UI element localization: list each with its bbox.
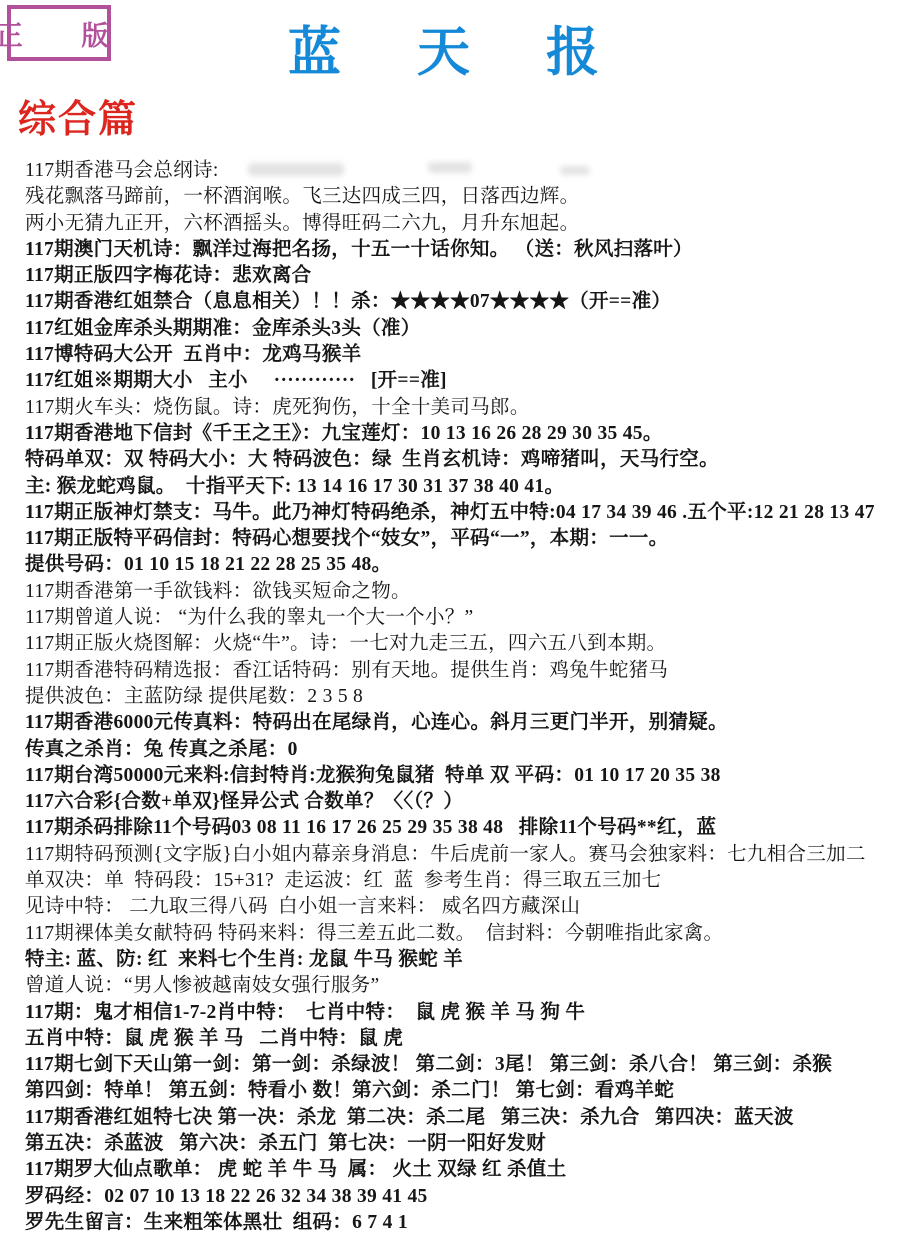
authentic-badge-label: 正 版 [0,14,134,53]
text-line: 117六合彩{合数+单双}怪异公式 合数单？〈〈（？） [25,789,900,815]
text-line: 117期香港马会总纲诗: [25,158,900,184]
text-line: 117期：鬼才相信1-7-2肖中特： 七肖中特： 鼠 虎 猴 羊 马 狗 牛 [25,1000,900,1026]
text-line: 117期正版特平码信封：特码心想要找个“妓女”，平码“一”，本期：一一。 [25,526,900,552]
page-title: 蓝天报 [288,10,675,86]
text-line: 特主: 蓝、防: 红 来料七个生肖: 龙鼠 牛马 猴蛇 羊 [25,947,900,973]
text-line: 117期澳门天机诗：飘洋过海把名扬，十五一十话你知。 （送：秋风扫落叶） [25,237,900,263]
text-line: 传真之杀肖：兔 传真之杀尾：0 [25,737,900,763]
text-line: 第五决：杀蓝波 第六决：杀五门 第七决：一阴一阳好发财 [25,1131,900,1157]
text-line: 两小无猜九正开，六杯酒摇头。博得旺码二六九，月升东旭起。 [25,211,900,237]
text-line: 117红姐金库杀头期期准：金库杀头3头（准） [25,316,900,342]
text-line: 117期香港红姐禁合（息息相关）！！杀：★★★★07★★★★（开==准） [25,289,900,315]
text-line: 提供号码：01 10 15 18 21 22 28 25 35 48。 [25,552,900,578]
text-line: 见诗中特： 二九取三得八码 白小姐一言来料： 威名四方藏深山 [25,894,900,920]
text-line: 主: 猴龙蛇鸡鼠。 十指平天下: 13 14 16 17 30 31 37 38… [25,474,900,500]
text-line: 第四剑：特单！ 第五剑：特看小 数！第六剑：杀二门！ 第七剑：看鸡羊蛇 [25,1078,900,1104]
text-line: 117期罗大仙点歌单： 虎 蛇 羊 牛 马 属： 火土 双绿 红 杀值土 [25,1157,900,1183]
section-title: 综合篇 [18,88,138,143]
text-line: 五肖中特：鼠 虎 猴 羊 马 二肖中特：鼠 虎 [25,1026,900,1052]
text-line: 117期台湾50000元来料:信封特肖:龙猴狗兔鼠猪 特单 双 平码：01 10… [25,763,900,789]
text-line: 117期七剑下天山第一剑：第一剑：杀绿波！ 第二剑：3尾！ 第三剑：杀八合！ 第… [25,1052,900,1078]
content-lines: 117期香港马会总纲诗:残花飘落马蹄前，一杯酒润喉。飞三达四成三四，日落西边辉。… [25,158,900,1236]
text-line: 曾道人说：“男人惨被越南妓女强行服务” [25,973,900,999]
text-line: 117期香港第一手欲钱料：欲钱买短命之物。 [25,579,900,605]
text-line: 残花飘落马蹄前，一杯酒润喉。飞三达四成三四，日落西边辉。 [25,184,900,210]
text-line: 117期香港6000元传真料：特码出在尾绿肖，心连心。斜月三更门半开，别猜疑。 [25,710,900,736]
text-line: 提供波色：主蓝防绿 提供尾数：2 3 5 8 [25,684,900,710]
text-line: 117期正版火烧图解：火烧“牛”。诗：一七对九走三五，四六五八到本期。 [25,631,900,657]
text-line: 117期香港特码精选报：香江话特码：别有天地。提供生肖：鸡兔牛蛇猪马 [25,658,900,684]
text-line: 117期香港地下信封《千王之王》：九宝莲灯：10 13 16 26 28 29 … [25,421,900,447]
page: { "page": {"width": 900, "height": 1238,… [0,0,900,1238]
text-line: 罗码经：02 07 10 13 18 22 26 32 34 38 39 41 … [25,1184,900,1210]
text-line: 117期火车头：烧伤鼠。诗：虎死狗伤，十全十美司马郎。 [25,395,900,421]
text-line: 特码单双：双 特码大小：大 特码波色：绿 生肖玄机诗：鸡啼猪叫，天马行空。 [25,447,900,473]
text-line: 117期正版四字梅花诗：悲欢离合 [25,263,900,289]
authentic-badge: 正 版 [7,5,111,61]
text-line: 117期香港红姐特七决 第一决：杀龙 第二决：杀二尾 第三决：杀九合 第四决：蓝… [25,1105,900,1131]
text-line: 117期裸体美女献特码 特码来料：得三差五此二数。 信封料：今朝唯指此家禽。 [25,921,900,947]
text-line: 117期曾道人说： “为什么我的睾丸一个大一个小？” [25,605,900,631]
text-line: 117期杀码排除11个号码03 08 11 16 17 26 25 29 35 … [25,815,900,841]
text-line: 117红姐※期期大小 主小 ············ [开==准] [25,368,900,394]
text-line: 117期特码预测{文字版}白小姐内幕亲身消息：牛后虎前一家人。赛马会独家料：七九… [25,842,900,868]
text-line: 117博特码大公开 五肖中：龙鸡马猴羊 [25,342,900,368]
text-line: 罗先生留言：生来粗笨体黑壮 组码：6 7 4 1 [25,1210,900,1236]
text-line: 单双决：单 特码段：15+31? 走运波：红 蓝 参考生肖：得三取五三加七 [25,868,900,894]
text-line: 117期正版神灯禁支：马牛。此乃神灯特码绝杀，神灯五中特:04 17 34 39… [25,500,900,526]
